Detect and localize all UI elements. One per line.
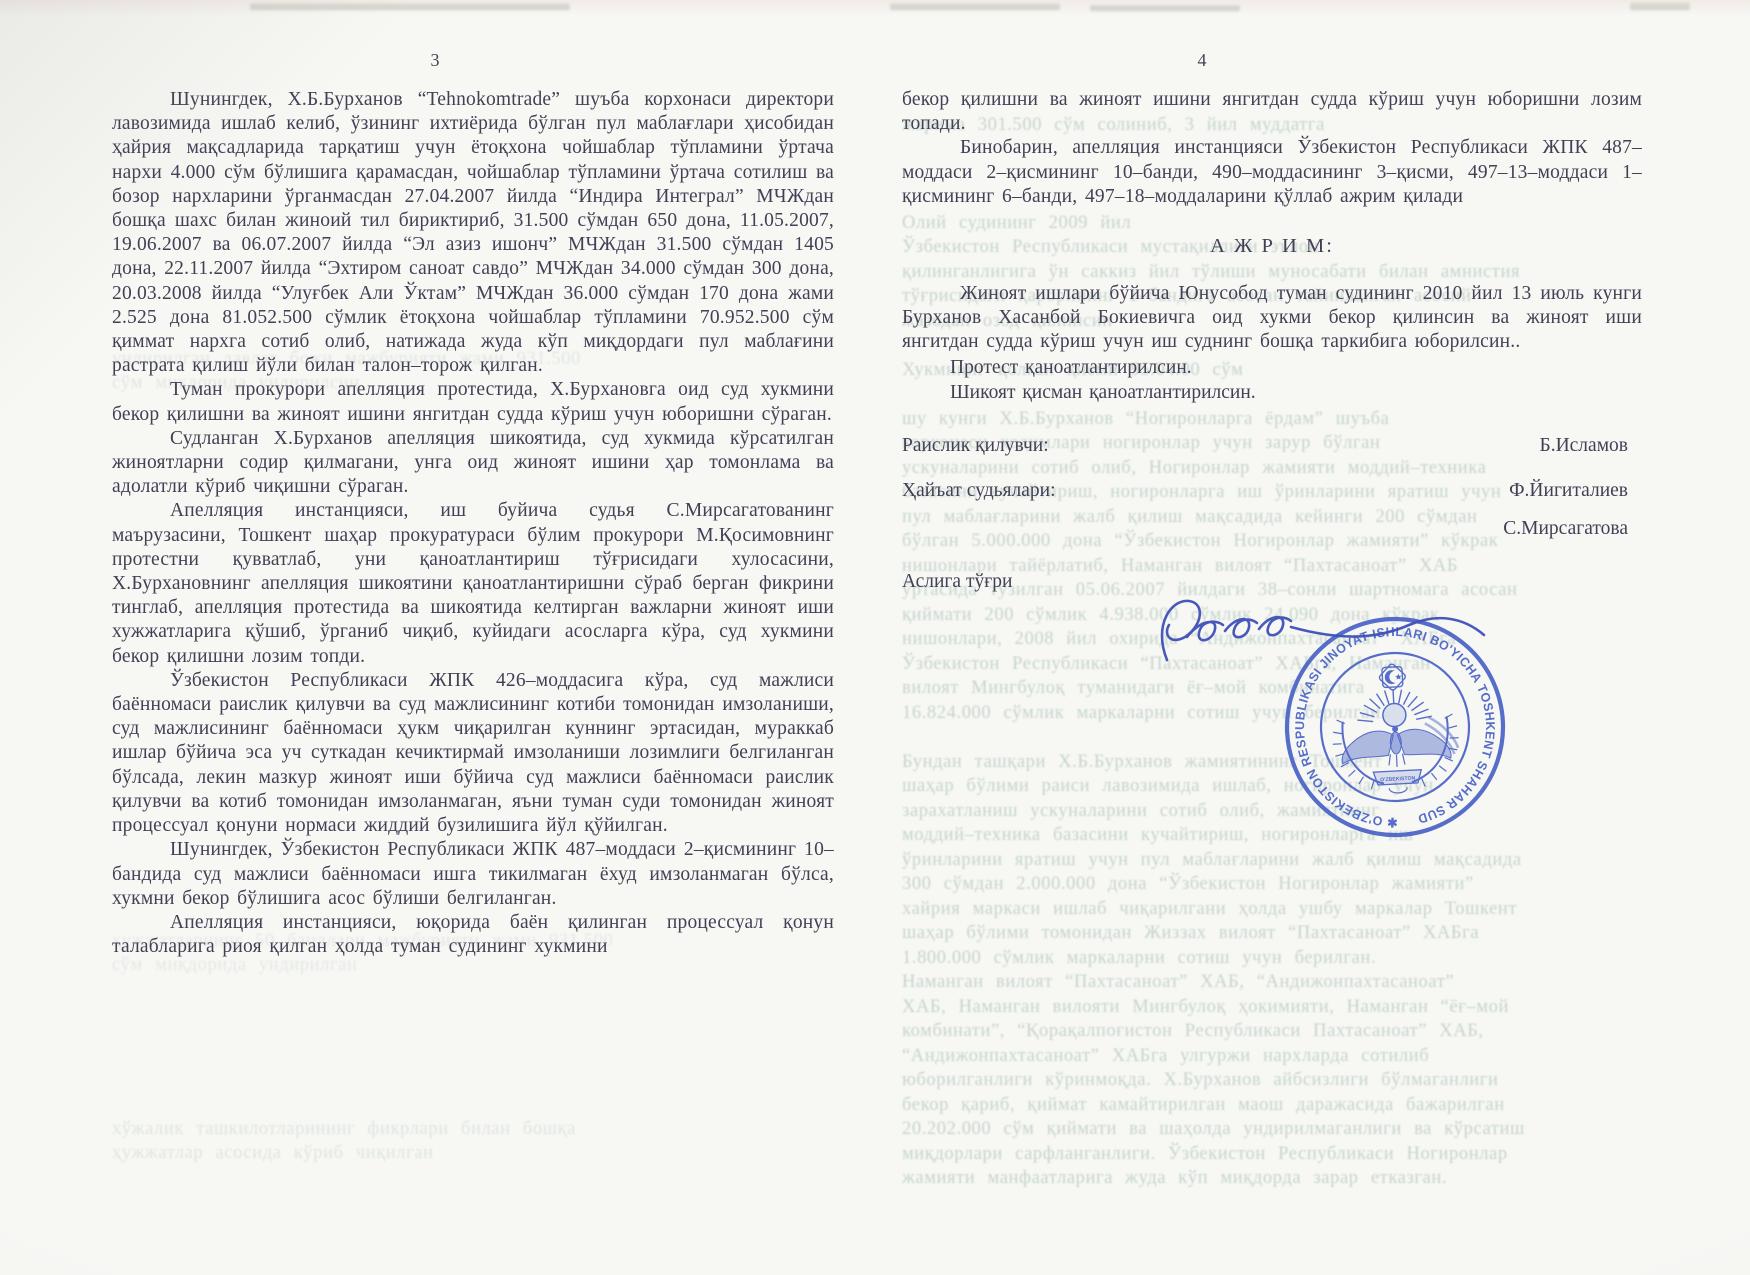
- presiding-judge-row: Раислик қилувчи: Б.Исламов: [902, 433, 1642, 458]
- paragraph: Шунингдек, Ўзбекистон Республикаси ЖПК 4…: [112, 838, 834, 911]
- paragraph: Бинобарин, апелляция инстанцияси Ўзбекис…: [902, 136, 1642, 209]
- paragraph: Шунингдек, Х.Б.Бурханов “Tehnokomtrade” …: [112, 88, 834, 378]
- panel-judge-row: Ҳайъат судьялари: Ф.Йигиталиев: [902, 478, 1642, 503]
- panel-judge-row: С.Мирсагатова: [902, 516, 1642, 541]
- complaint-line: Шикоят қисман қаноатлантирилсин.: [902, 380, 1642, 405]
- paragraph: бекор қилишни ва жиноят ишини янгитдан с…: [902, 88, 1642, 136]
- paragraph: Жиноят ишлари бўйича Юнусобод туман суди…: [902, 282, 1642, 355]
- paragraph: Туман прокурори апелляция протестида, Х.…: [112, 378, 834, 426]
- panel-label: Ҳайъат судьялари:: [902, 478, 1056, 503]
- scanned-court-document: ундирилган давлат божи мажбурияти жами 9…: [0, 0, 1750, 1275]
- paragraph: Судланган Х.Бурханов апелляция шикоятида…: [112, 427, 834, 500]
- paragraph: Апелляция инстанцияси, иш буйича судья С…: [112, 499, 834, 668]
- presiding-name: Б.Исламов: [1540, 433, 1629, 458]
- scan-artifact: [250, 3, 570, 10]
- page-number: 3: [74, 50, 796, 76]
- panel-judge-name: С.Мирсагатова: [1503, 516, 1628, 541]
- paragraph: Апелляция инстанцияси, юқорида баён қили…: [112, 911, 834, 959]
- bleedthrough-text: хўжалик ташкилотларининг фикрлари билан …: [112, 1118, 870, 1165]
- signature-icon: [1137, 575, 1487, 690]
- paragraph: Ўзбекистон Республикаси ЖПК 426–моддасиг…: [112, 669, 834, 838]
- page-3: ундирилган давлат божи мажбурияти жами 9…: [112, 50, 834, 959]
- signature-block: Раислик қилувчи: Б.Исламов Ҳайъат судьял…: [902, 433, 1642, 541]
- panel-judge-name: Ф.Йигиталиев: [1509, 478, 1628, 503]
- page-4: жарима 301.500 сўм солиниб, 3 йил муддат…: [902, 50, 1642, 593]
- scan-artifact: [890, 3, 1060, 10]
- scan-artifact: [1090, 5, 1240, 11]
- ruling-heading: А Ж Р И М:: [902, 235, 1642, 258]
- presiding-label: Раислик қилувчи:: [902, 433, 1049, 458]
- protest-line: Протест қаноатлантирилсин.: [902, 355, 1642, 380]
- scan-artifact: [1630, 2, 1690, 10]
- page-number: 4: [832, 50, 1572, 76]
